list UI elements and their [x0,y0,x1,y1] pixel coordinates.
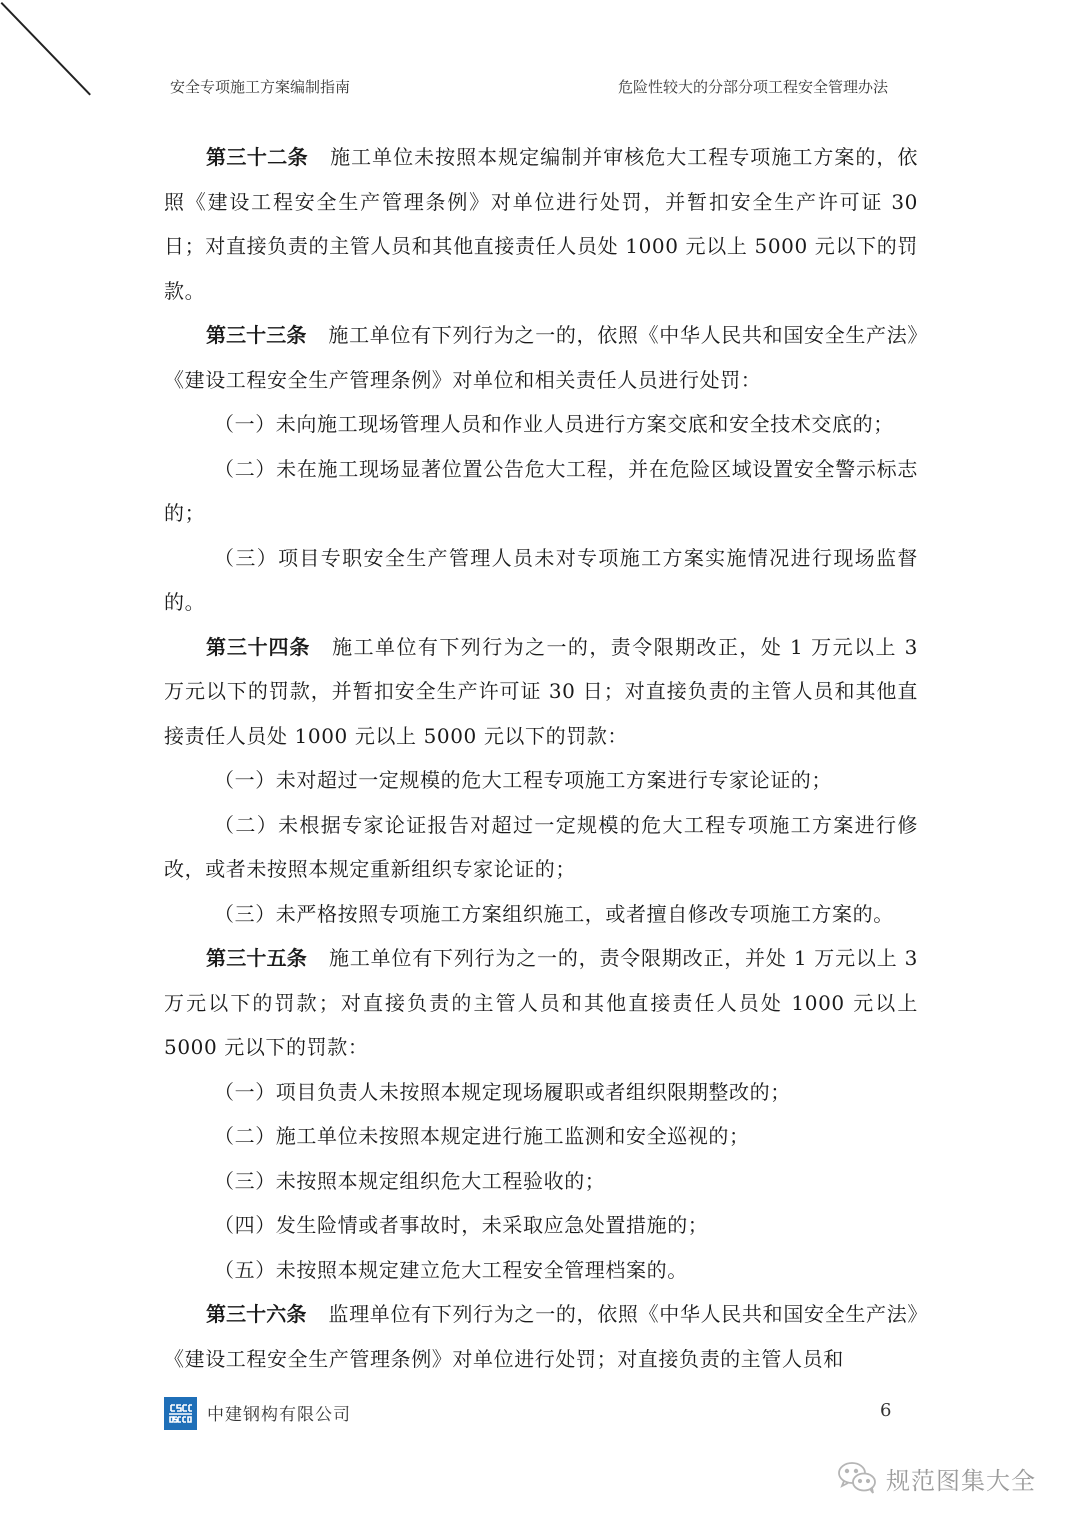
watermark: 规范图集大全 [836,1458,1036,1498]
article-33-item-3: （三）项目专职安全生产管理人员未对专项施工方案实施情况进行现场监督的。 [164,536,918,625]
article-number: 第三十六条 [206,1302,306,1326]
article-number: 第三十三条 [206,323,306,347]
header-right-title: 危险性较大的分部分项工程安全管理办法 [618,76,888,97]
watermark-text: 规范图集大全 [886,1461,1036,1496]
article-35-item-1: （一）项目负责人未按照本规定现场履职或者组织限期整改的； [164,1070,918,1115]
article-34-item-1: （一）未对超过一定规模的危大工程专项施工方案进行专家论证的； [164,758,918,803]
article-33-item-1: （一）未向施工现场管理人员和作业人员进行方案交底和安全技术交底的； [164,402,918,447]
article-33: 第三十三条施工单位有下列行为之一的，依照《中华人民共和国安全生产法》《建设工程安… [164,313,918,402]
page-number: 6 [880,1400,891,1421]
article-36: 第三十六条监理单位有下列行为之一的，依照《中华人民共和国安全生产法》《建设工程安… [164,1292,918,1381]
article-34: 第三十四条施工单位有下列行为之一的，责令限期改正，处 1 万元以上 3 万元以下… [164,625,918,759]
wechat-icon [836,1460,880,1496]
article-35-item-2: （二）施工单位未按照本规定进行施工监测和安全巡视的； [164,1114,918,1159]
article-34-item-2: （二）未根据专家论证报告对超过一定规模的危大工程专项施工方案进行修改，或者未按照… [164,803,918,892]
article-35-item-5: （五）未按照本规定建立危大工程安全管理档案的。 [164,1248,918,1293]
article-35: 第三十五条施工单位有下列行为之一的，责令限期改正，并处 1 万元以上 3 万元以… [164,936,918,1070]
cscec-logo-icon [164,1397,197,1430]
article-35-item-3: （三）未按照本规定组织危大工程验收的； [164,1159,918,1204]
page-header: 安全专项施工方案编制指南 危险性较大的分部分项工程安全管理办法 [0,76,1080,100]
company-name: 中建钢构有限公司 [207,1400,351,1425]
page-footer: 中建钢构有限公司 6 [0,1394,1080,1430]
article-number: 第三十四条 [206,635,310,659]
article-33-item-2: （二）未在施工现场显著位置公告危大工程，并在危险区域设置安全警示标志的； [164,447,918,536]
article-number: 第三十二条 [206,145,308,169]
article-35-item-4: （四）发生险情或者事故时，未采取应急处置措施的； [164,1203,918,1248]
header-left-title: 安全专项施工方案编制指南 [170,76,350,97]
article-number: 第三十五条 [206,946,307,970]
document-body: 第三十二条施工单位未按照本规定编制并审核危大工程专项施工方案的，依照《建设工程安… [164,135,918,1381]
article-32: 第三十二条施工单位未按照本规定编制并审核危大工程专项施工方案的，依照《建设工程安… [164,135,918,313]
article-34-item-3: （三）未严格按照专项施工方案组织施工，或者擅自修改专项施工方案的。 [164,892,918,937]
